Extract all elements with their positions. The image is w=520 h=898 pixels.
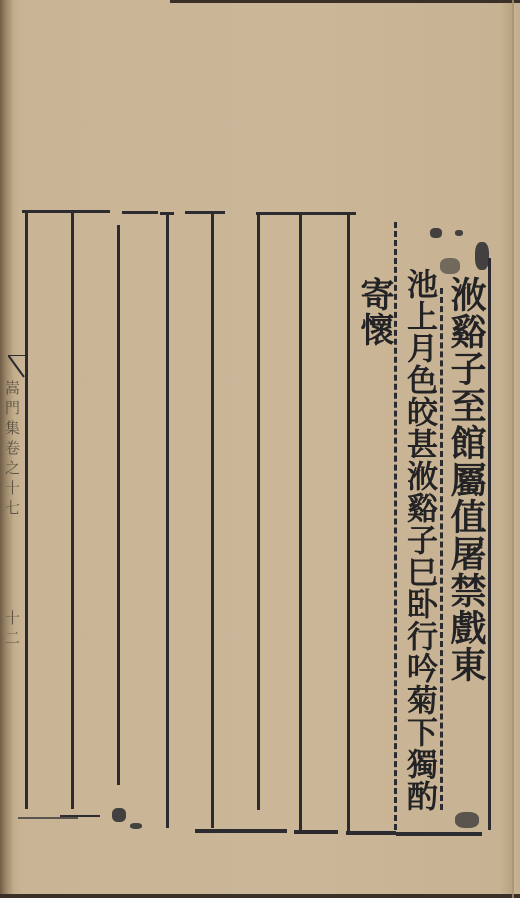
frame-bottom-rule <box>18 817 78 819</box>
text-column-1: 浟谿子至館屬值屠禁戲東 <box>446 276 486 796</box>
page-fold-line <box>512 0 514 898</box>
column-rule <box>257 214 260 810</box>
ink-damage <box>455 230 463 236</box>
margin-page-number: 十二 <box>4 610 20 660</box>
ink-damage <box>430 228 442 238</box>
ink-damage <box>440 258 460 274</box>
column-rule <box>166 213 169 828</box>
fishtail-mark-icon <box>8 355 26 379</box>
frame-top-rule <box>122 211 158 214</box>
margin-book-title: 嵩門集卷之十七 <box>4 380 20 580</box>
frame-bottom-rule <box>195 829 287 833</box>
column-rule <box>25 211 28 809</box>
ink-damage <box>455 812 479 828</box>
book-page: 浟谿子至館屬值屠禁戲東 池上月色皎甚浟谿子巳卧行吟菊下獨酌 寄懷 嵩門集卷之十七… <box>0 0 520 898</box>
column-rule <box>117 225 120 785</box>
top-page-edge <box>170 0 520 3</box>
frame-bottom-rule <box>294 830 338 834</box>
frame-top-rule <box>256 212 356 215</box>
column-rule <box>394 222 397 830</box>
column-rule <box>347 214 350 832</box>
ink-damage <box>130 823 142 829</box>
frame-bottom-rule <box>346 831 396 835</box>
frame-top-rule <box>22 210 110 213</box>
column-rule <box>299 214 302 830</box>
column-rule <box>211 214 214 828</box>
text-column-3: 寄懷 <box>354 277 394 377</box>
frame-bottom-rule <box>60 815 100 817</box>
frame-right-rule <box>488 258 491 830</box>
frame-top-rule <box>185 211 225 214</box>
ink-damage <box>475 242 489 270</box>
column-rule <box>440 288 443 810</box>
bottom-page-edge <box>0 894 520 898</box>
column-rule <box>71 211 74 809</box>
ink-damage <box>112 808 126 822</box>
text-column-2: 池上月色皎甚浟谿子巳卧行吟菊下獨酌 <box>400 268 438 848</box>
